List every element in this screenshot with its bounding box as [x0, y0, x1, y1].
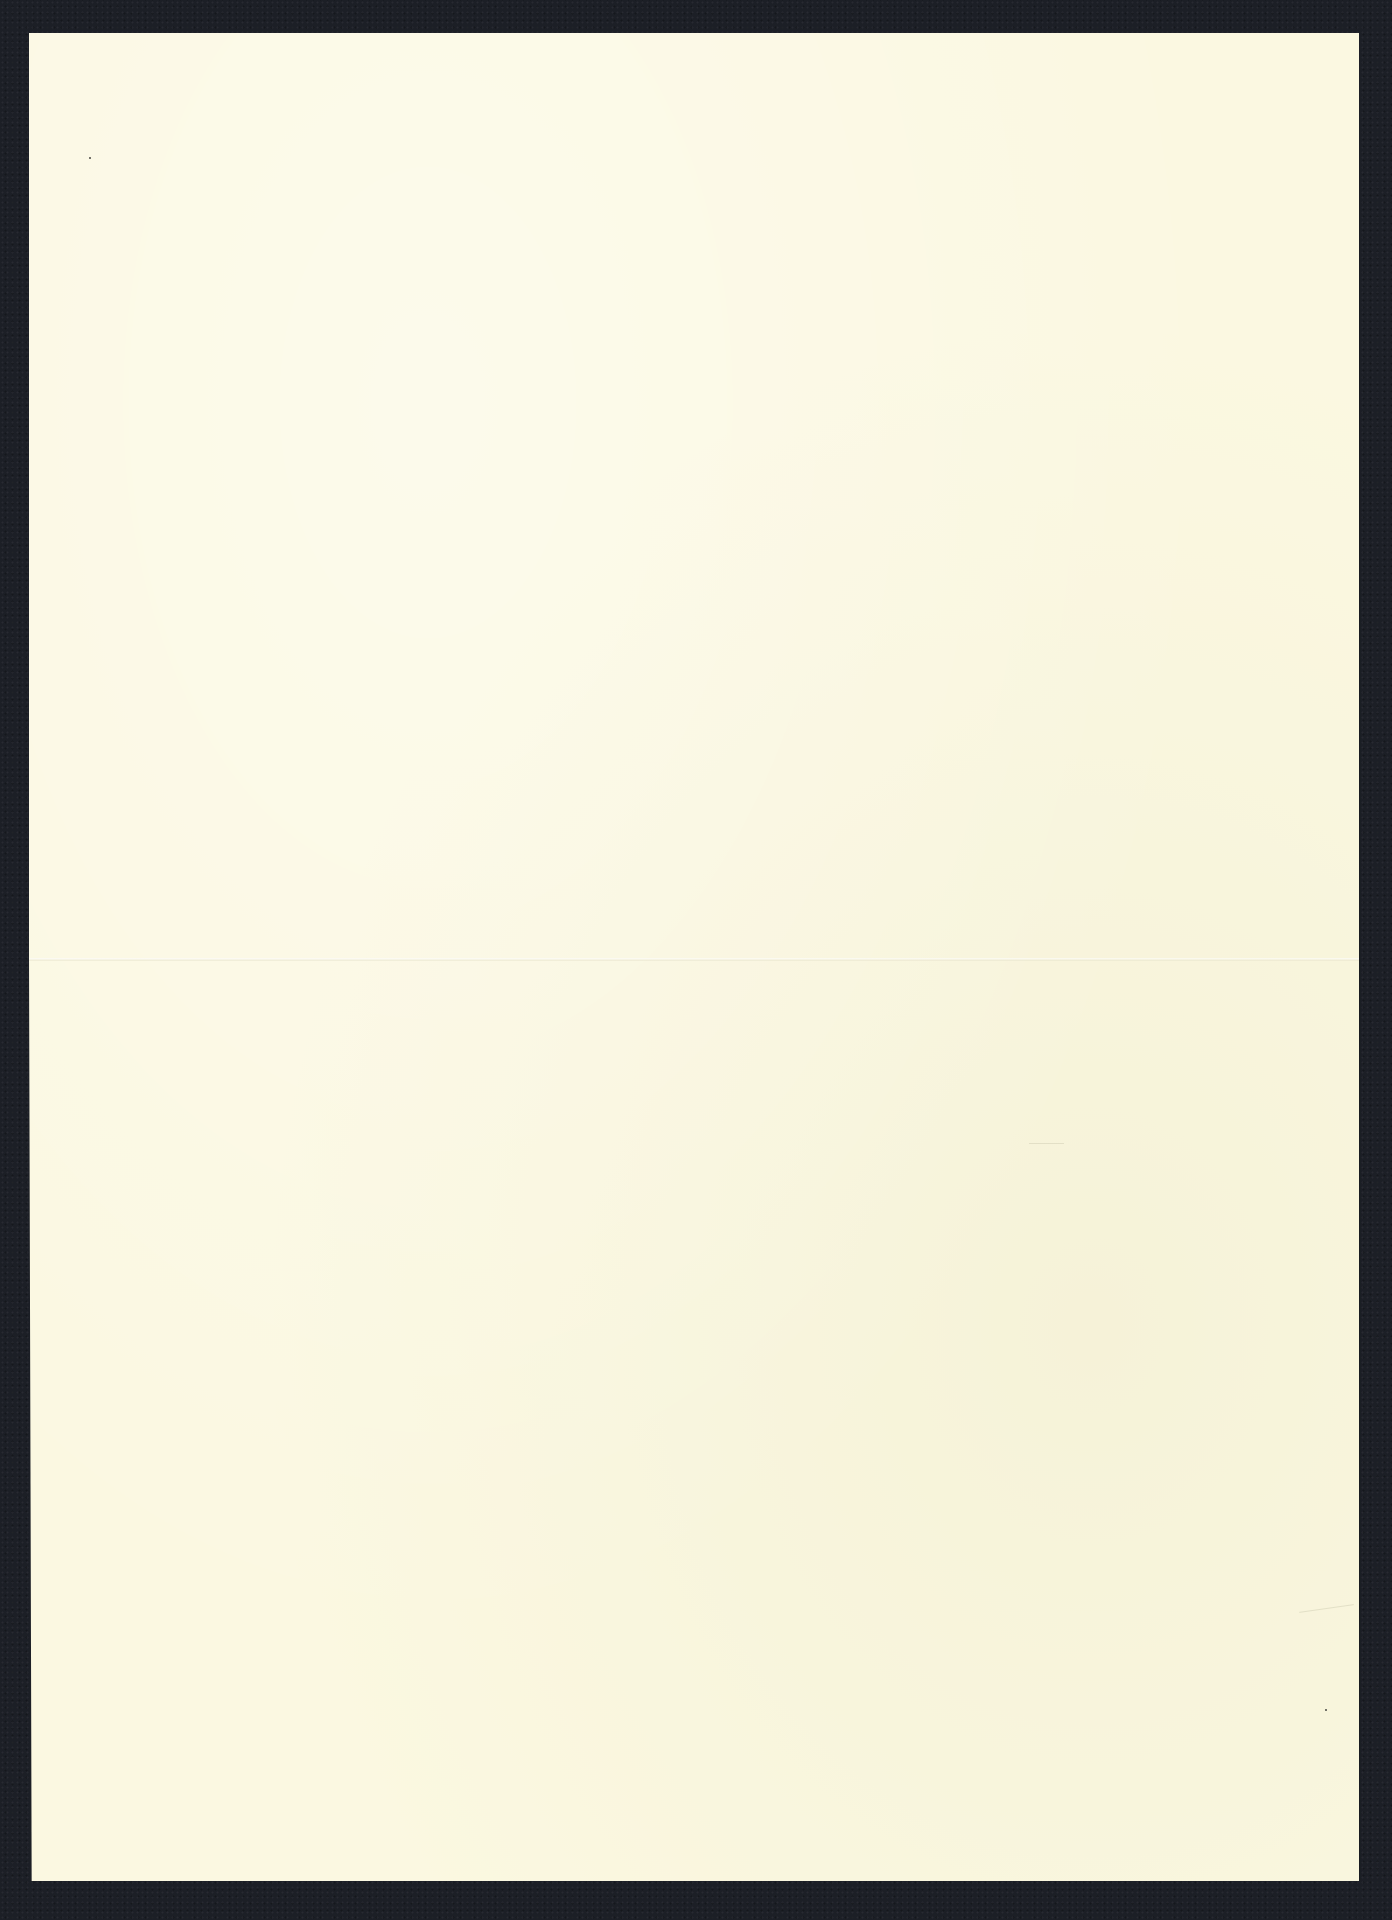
paper-mark [1029, 1143, 1064, 1144]
paper-speck [89, 157, 91, 159]
paper-speck [1325, 1709, 1327, 1711]
fold-crease [29, 958, 1359, 961]
paper-sheet [29, 33, 1359, 1881]
paper-mark [1299, 1604, 1354, 1613]
